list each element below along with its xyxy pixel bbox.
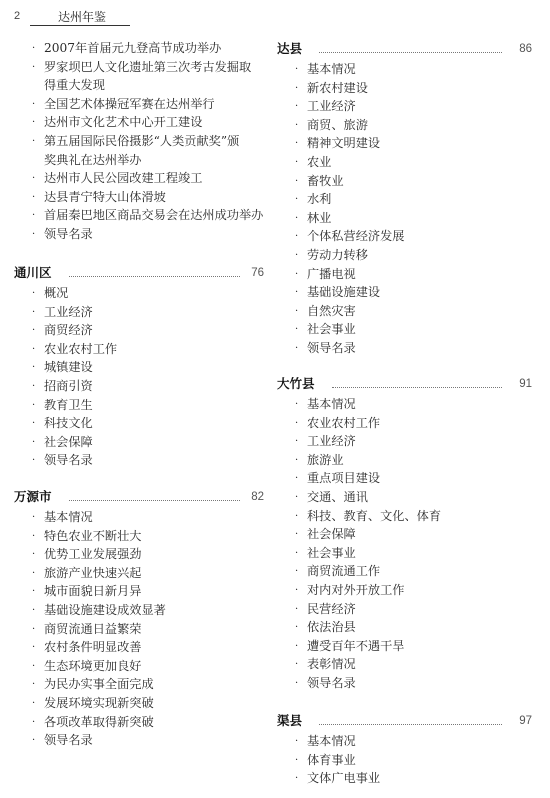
header-rule — [30, 25, 130, 26]
bullet-icon: · — [32, 189, 44, 208]
toc-item-label: 工业经济 — [307, 99, 356, 113]
toc-item-label: 基础设施建设成效显著 — [44, 603, 166, 617]
bullet-icon: · — [32, 639, 44, 658]
bullet-icon: · — [32, 452, 44, 471]
toc-item[interactable]: ·基础设施建设 — [295, 283, 380, 303]
toc-item-label: 发展环境实现新突破 — [44, 696, 154, 710]
toc-item-label: 首届秦巴地区商品交易会在达州成功举办 — [44, 208, 263, 222]
toc-item-label: 第五届国际民俗摄影“人类贡献奖”颁 — [44, 134, 239, 148]
toc-item[interactable]: ·达州市人民公园改建工程竣工 — [32, 169, 202, 189]
section-page-number: 91 — [519, 375, 532, 393]
bullet-icon: · — [32, 509, 44, 528]
toc-item[interactable]: ·社会事业 — [295, 544, 356, 564]
toc-item[interactable]: ·对内对外开放工作 — [295, 581, 405, 601]
toc-item[interactable]: ·领导名录 — [32, 451, 93, 471]
toc-section-heading[interactable]: 万源市82 — [14, 488, 264, 506]
bullet-icon: · — [32, 621, 44, 640]
bullet-icon: · — [32, 565, 44, 584]
toc-item-label: 教育卫生 — [44, 398, 93, 412]
toc-item[interactable]: ·民营经济 — [295, 600, 356, 620]
toc-item[interactable]: ·工业经济 — [295, 97, 356, 117]
toc-item-label: 基本情况 — [307, 62, 356, 76]
toc-item-label: 农业 — [307, 155, 331, 169]
bullet-icon: · — [32, 415, 44, 434]
toc-item-label: 商贸流通日益繁荣 — [44, 622, 142, 636]
bullet-icon: · — [32, 96, 44, 115]
toc-item-label: 特色农业不断壮大 — [44, 529, 142, 543]
toc-section-heading[interactable]: 通川区76 — [14, 264, 264, 282]
toc-item-label: 领导名录 — [44, 453, 93, 467]
bullet-icon: · — [295, 656, 307, 675]
bullet-icon: · — [295, 303, 307, 322]
bullet-icon: · — [295, 733, 307, 752]
toc-item[interactable]: ·达州市文化艺术中心开工建设 — [32, 113, 202, 133]
bullet-icon: · — [295, 675, 307, 694]
bullet-icon: · — [295, 563, 307, 582]
section-page-number: 97 — [519, 712, 532, 730]
toc-item-label: 工业经济 — [307, 434, 356, 448]
toc-section-heading[interactable]: 渠县97 — [277, 712, 532, 730]
bullet-icon: · — [32, 528, 44, 547]
bullet-icon: · — [32, 546, 44, 565]
bullet-icon: · — [295, 752, 307, 771]
toc-item-label: 文体广电事业 — [307, 771, 380, 785]
bullet-icon: · — [295, 80, 307, 99]
toc-item-label: 农业农村工作 — [307, 416, 380, 430]
toc-section-heading[interactable]: 大竹县91 — [277, 375, 532, 393]
toc-item-label: 2007年首届元九登高节成功举办 — [44, 41, 221, 55]
toc-item-label: 奖典礼在达州举办 — [44, 153, 142, 167]
bullet-icon: · — [295, 135, 307, 154]
toc-item-label: 精神文明建设 — [307, 136, 380, 150]
section-page-number: 82 — [251, 488, 264, 506]
bullet-icon: · — [32, 170, 44, 189]
bullet-icon: · — [295, 526, 307, 545]
toc-item-label: 水利 — [307, 192, 331, 206]
toc-item[interactable]: ·重点项目建设 — [295, 469, 380, 489]
toc-item[interactable]: ·城市面貌日新月异 — [32, 582, 142, 602]
toc-item-label: 社会事业 — [307, 322, 356, 336]
bullet-icon: · — [295, 247, 307, 266]
toc-item[interactable]: ·农业农村工作 — [32, 340, 117, 360]
bullet-icon: · — [32, 397, 44, 416]
toc-item-label: 交通、通讯 — [307, 490, 368, 504]
toc-item[interactable]: ·农业 — [295, 153, 331, 173]
toc-item-label: 领导名录 — [44, 733, 93, 747]
bullet-icon: · — [295, 210, 307, 229]
toc-item[interactable]: ·领导名录 — [32, 731, 93, 751]
toc-item[interactable]: ·发展环境实现新突破 — [32, 694, 154, 714]
bullet-icon: · — [32, 378, 44, 397]
toc-item[interactable]: ·遭受百年不遇干旱 — [295, 637, 405, 657]
toc-item-label: 新农村建设 — [307, 81, 368, 95]
bullet-icon: · — [295, 154, 307, 173]
toc-item-label: 基本情况 — [307, 397, 356, 411]
toc-item[interactable]: ·依法治县 — [295, 618, 356, 638]
toc-item-label: 商贸流通工作 — [307, 564, 380, 578]
bullet-icon: · — [32, 583, 44, 602]
bullet-icon: · — [295, 582, 307, 601]
bullet-icon: · — [295, 770, 307, 789]
toc-item-label: 体育事业 — [307, 753, 356, 767]
toc-item[interactable]: ·领导名录 — [295, 674, 356, 694]
toc-item-label: 社会保障 — [307, 527, 356, 541]
toc-item[interactable]: ·水利 — [295, 190, 331, 210]
toc-item[interactable]: ·招商引资 — [32, 377, 93, 397]
toc-item[interactable]: ·农村条件明显改善 — [32, 638, 142, 658]
page-header: 2 达州年鉴 — [14, 8, 124, 26]
toc-item-label: 罗家坝巴人文化遗址第三次考古发掘取 — [44, 60, 251, 74]
toc-item[interactable]: ·社会保障 — [32, 433, 93, 453]
toc-item-label: 广播电视 — [307, 267, 356, 281]
toc-item[interactable]: ·基础设施建设成效显著 — [32, 601, 166, 621]
toc-item-label: 自然灾害 — [307, 304, 356, 318]
section-name: 达县 — [277, 40, 302, 58]
toc-item-label: 各项改革取得新突破 — [44, 715, 154, 729]
toc-item-label: 达州市人民公园改建工程竣工 — [44, 171, 202, 185]
toc-item-label: 领导名录 — [44, 227, 93, 241]
toc-item[interactable]: ·为民办实事全面完成 — [32, 675, 154, 695]
toc-item-label: 招商引资 — [44, 379, 93, 393]
toc-item[interactable]: ·各项改革取得新突破 — [32, 713, 154, 733]
toc-item[interactable]: ·表彰情况 — [295, 655, 356, 675]
toc-item[interactable]: ·全国艺术体操冠军赛在达州举行 — [32, 95, 215, 115]
bullet-icon: · — [295, 619, 307, 638]
bullet-icon: · — [295, 601, 307, 620]
toc-item[interactable]: ·优势工业发展强劲 — [32, 545, 142, 565]
section-page-number: 76 — [251, 264, 264, 282]
bullet-icon: · — [295, 340, 307, 359]
bullet-icon: · — [32, 732, 44, 751]
toc-item[interactable]: ·林业 — [295, 209, 331, 229]
bullet-icon: · — [32, 695, 44, 714]
toc-item-label: 农业农村工作 — [44, 342, 117, 356]
toc-item[interactable]: ·交通、通讯 — [295, 488, 368, 508]
toc-item-label: 基础设施建设 — [307, 285, 380, 299]
bullet-icon: · — [295, 284, 307, 303]
bullet-icon: · — [295, 415, 307, 434]
toc-item[interactable]: ·2007年首届元九登高节成功举办 — [32, 39, 221, 59]
toc-item-label: 概况 — [44, 286, 68, 300]
toc-item[interactable]: ·农业农村工作 — [295, 414, 380, 434]
bullet-icon: · — [32, 304, 44, 323]
toc-item-label: 旅游产业快速兴起 — [44, 566, 142, 580]
section-name: 万源市 — [14, 488, 52, 506]
toc-item-label: 达州市文化艺术中心开工建设 — [44, 115, 202, 129]
toc-item-label: 达县青宁特大山体滑坡 — [44, 190, 166, 204]
bullet-icon: · — [295, 508, 307, 527]
toc-item[interactable]: ·基本情况 — [32, 508, 93, 528]
section-page-number: 86 — [519, 40, 532, 58]
toc-item[interactable]: ·工业经济 — [32, 303, 93, 323]
toc-item[interactable]: ·城镇建设 — [32, 358, 93, 378]
toc-item-label: 重点项目建设 — [307, 471, 380, 485]
toc-item-label: 农村条件明显改善 — [44, 640, 142, 654]
toc-item-label: 基本情况 — [307, 734, 356, 748]
bullet-icon: · — [295, 452, 307, 471]
bullet-icon: · — [295, 638, 307, 657]
toc-item-label: 遭受百年不遇干旱 — [307, 639, 405, 653]
toc-item-label: 民营经济 — [307, 602, 356, 616]
toc-item[interactable]: ·旅游业 — [295, 451, 344, 471]
toc-item[interactable]: ·第五届国际民俗摄影“人类贡献奖”颁 — [32, 132, 239, 152]
toc-item[interactable]: ·旅游产业快速兴起 — [32, 564, 142, 584]
bullet-icon: · — [295, 173, 307, 192]
toc-item[interactable]: ·首届秦巴地区商品交易会在达州成功举办 — [32, 206, 263, 226]
toc-item-label: 劳动力转移 — [307, 248, 368, 262]
toc-item-continuation[interactable]: 得重大发现 — [44, 76, 105, 95]
toc-item[interactable]: ·概况 — [32, 284, 68, 304]
toc-item-label: 社会事业 — [307, 546, 356, 560]
toc-item-label: 林业 — [307, 211, 331, 225]
toc-item[interactable]: ·工业经济 — [295, 432, 356, 452]
section-name: 渠县 — [277, 712, 302, 730]
bullet-icon: · — [295, 396, 307, 415]
toc-item-label: 领导名录 — [307, 341, 356, 355]
toc-item[interactable]: ·领导名录 — [295, 339, 356, 359]
dot-leader — [69, 276, 240, 277]
bullet-icon: · — [295, 470, 307, 489]
toc-item[interactable]: ·自然灾害 — [295, 302, 356, 322]
bullet-icon: · — [32, 59, 44, 78]
bullet-icon: · — [295, 545, 307, 564]
dot-leader — [319, 724, 502, 725]
running-title: 达州年鉴 — [58, 8, 106, 25]
toc-item-label: 依法治县 — [307, 620, 356, 634]
toc-item-label: 对内对外开放工作 — [307, 583, 405, 597]
dot-leader — [319, 52, 502, 53]
toc-item-label: 畜牧业 — [307, 174, 344, 188]
toc-item[interactable]: ·劳动力转移 — [295, 246, 368, 266]
toc-item[interactable]: ·文体广电事业 — [295, 769, 380, 789]
bullet-icon: · — [295, 266, 307, 285]
toc-item[interactable]: ·基本情况 — [295, 732, 356, 752]
toc-item[interactable]: ·畜牧业 — [295, 172, 344, 192]
toc-item-label: 基本情况 — [44, 510, 93, 524]
dot-leader — [332, 387, 502, 388]
bullet-icon: · — [32, 322, 44, 341]
bullet-icon: · — [32, 658, 44, 677]
toc-item[interactable]: ·罗家坝巴人文化遗址第三次考古发掘取 — [32, 58, 251, 78]
toc-item[interactable]: ·商贸经济 — [32, 321, 93, 341]
toc-item[interactable]: ·基本情况 — [295, 60, 356, 80]
toc-item[interactable]: ·商贸、旅游 — [295, 116, 368, 136]
toc-item-label: 表彰情况 — [307, 657, 356, 671]
toc-item-label: 个体私营经济发展 — [307, 229, 405, 243]
toc-item-label: 全国艺术体操冠军赛在达州举行 — [44, 97, 215, 111]
bullet-icon: · — [32, 226, 44, 245]
bullet-icon: · — [32, 285, 44, 304]
toc-item[interactable]: ·教育卫生 — [32, 396, 93, 416]
toc-section-heading[interactable]: 达县86 — [277, 40, 532, 58]
toc-item[interactable]: ·特色农业不断壮大 — [32, 527, 142, 547]
toc-item-label: 生态环境更加良好 — [44, 659, 142, 673]
bullet-icon: · — [32, 676, 44, 695]
toc-item[interactable]: ·商贸流通工作 — [295, 562, 380, 582]
bullet-icon: · — [32, 207, 44, 226]
toc-item-label: 科技、教育、文化、体育 — [307, 509, 441, 523]
bullet-icon: · — [295, 321, 307, 340]
bullet-icon: · — [295, 117, 307, 136]
bullet-icon: · — [32, 714, 44, 733]
toc-item[interactable]: ·基本情况 — [295, 395, 356, 415]
bullet-icon: · — [32, 434, 44, 453]
section-name: 通川区 — [14, 264, 52, 282]
section-name: 大竹县 — [277, 375, 315, 393]
toc-item-label: 为民办实事全面完成 — [44, 677, 154, 691]
toc-item[interactable]: ·社会事业 — [295, 320, 356, 340]
toc-item[interactable]: ·个体私营经济发展 — [295, 227, 405, 247]
bullet-icon: · — [295, 433, 307, 452]
bullet-icon: · — [32, 133, 44, 152]
toc-item[interactable]: ·领导名录 — [32, 225, 93, 245]
bullet-icon: · — [295, 61, 307, 80]
toc-item-label: 商贸、旅游 — [307, 118, 368, 132]
toc-item[interactable]: ·社会保障 — [295, 525, 356, 545]
toc-item-label: 科技文化 — [44, 416, 93, 430]
toc-item-label: 旅游业 — [307, 453, 344, 467]
toc-item[interactable]: ·科技文化 — [32, 414, 93, 434]
bullet-icon: · — [32, 114, 44, 133]
dot-leader — [69, 500, 240, 501]
toc-item[interactable]: ·达县青宁特大山体滑坡 — [32, 188, 166, 208]
bullet-icon: · — [295, 191, 307, 210]
toc-item-continuation[interactable]: 奖典礼在达州举办 — [44, 151, 142, 170]
bullet-icon: · — [295, 98, 307, 117]
toc-item-label: 领导名录 — [307, 676, 356, 690]
toc-item[interactable]: ·科技、教育、文化、体育 — [295, 507, 441, 527]
toc-item-label: 商贸经济 — [44, 323, 93, 337]
toc-item-label: 得重大发现 — [44, 78, 105, 92]
bullet-icon: · — [295, 228, 307, 247]
toc-item[interactable]: ·新农村建设 — [295, 79, 368, 99]
toc-item-label: 城镇建设 — [44, 360, 93, 374]
toc-item-label: 社会保障 — [44, 435, 93, 449]
toc-item[interactable]: ·生态环境更加良好 — [32, 657, 142, 677]
toc-item-label: 城市面貌日新月异 — [44, 584, 142, 598]
bullet-icon: · — [295, 489, 307, 508]
bullet-icon: · — [32, 359, 44, 378]
page-number: 2 — [14, 10, 20, 22]
bullet-icon: · — [32, 40, 44, 59]
toc-item[interactable]: ·体育事业 — [295, 751, 356, 771]
toc-item[interactable]: ·广播电视 — [295, 265, 356, 285]
toc-item[interactable]: ·商贸流通日益繁荣 — [32, 620, 142, 640]
bullet-icon: · — [32, 341, 44, 360]
toc-item-label: 工业经济 — [44, 305, 93, 319]
toc-item[interactable]: ·精神文明建设 — [295, 134, 380, 154]
toc-item-label: 优势工业发展强劲 — [44, 547, 142, 561]
bullet-icon: · — [32, 602, 44, 621]
